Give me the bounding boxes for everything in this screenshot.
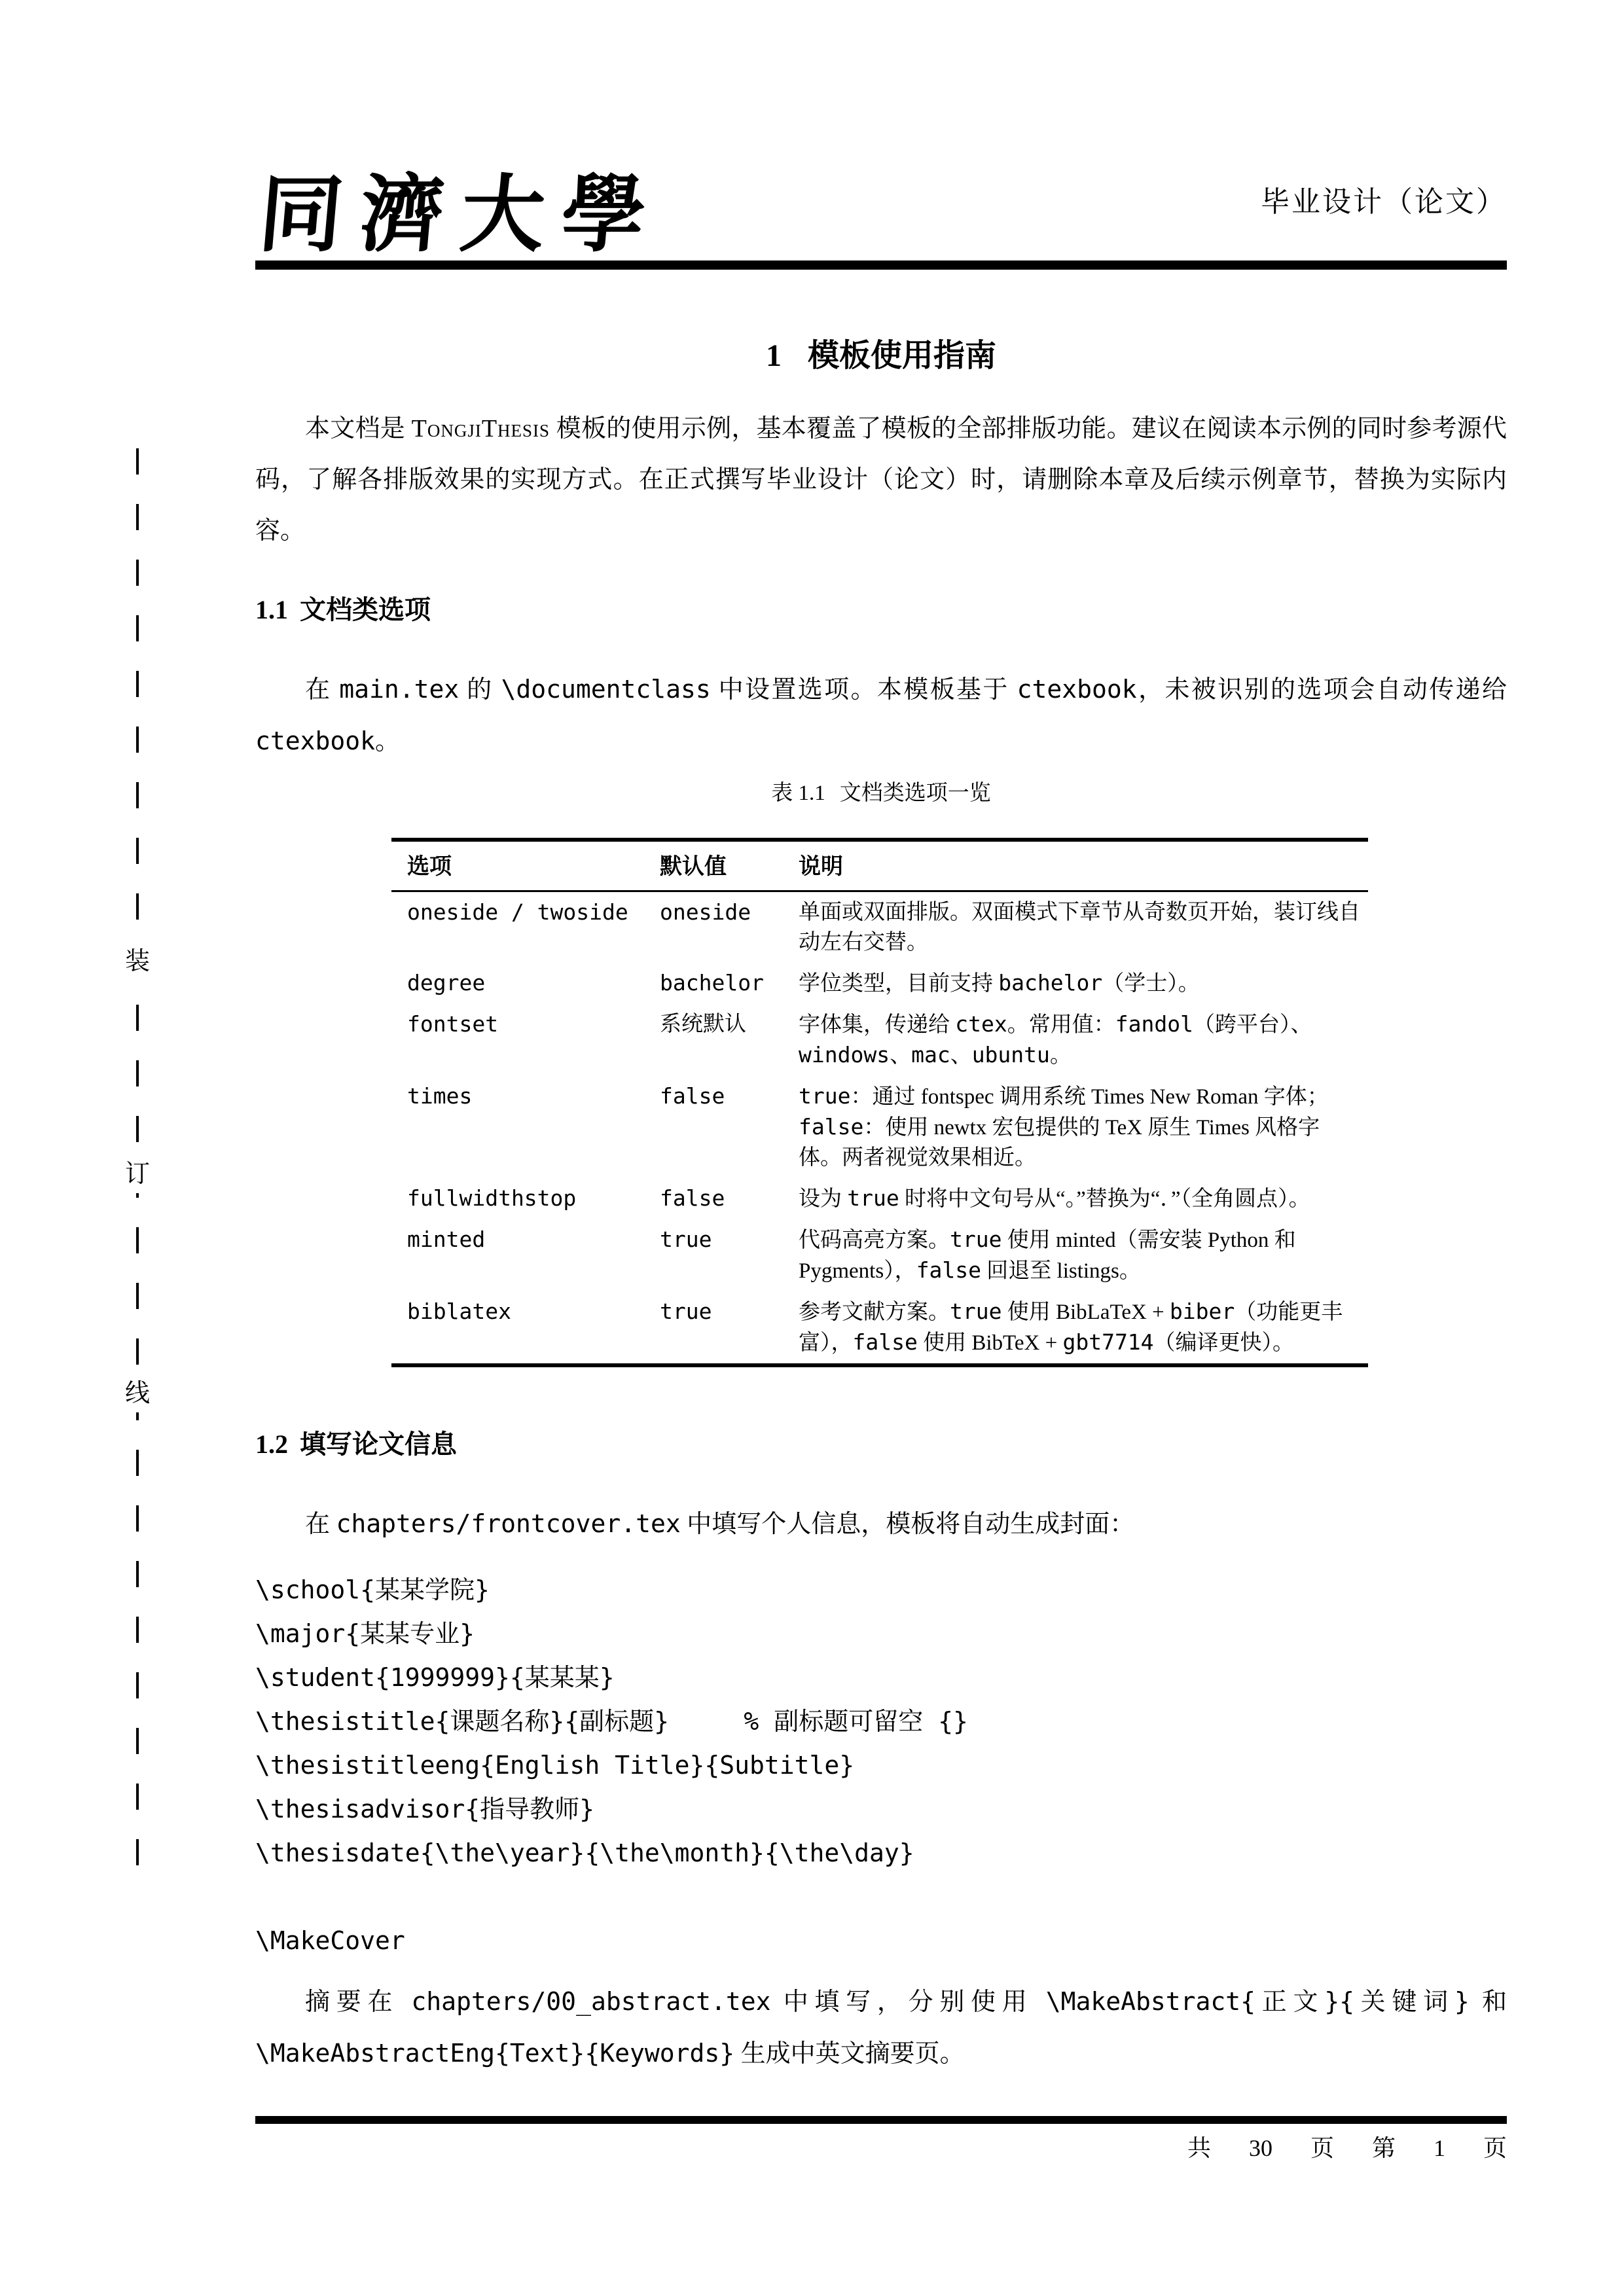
text-segment: 在 [305, 1511, 336, 1538]
inline-code: chapters/00_abstract.tex [411, 1987, 770, 2016]
text-segment: 生成中英文摘要页。 [734, 2040, 965, 2068]
inline-code: ctexbook [255, 726, 375, 755]
default-cell: false [640, 1178, 779, 1219]
inline-code: false [853, 1329, 918, 1355]
inline-code: false [916, 1257, 981, 1283]
text-segment: 中填写个人信息，模板将自动生成封面： [681, 1511, 1135, 1538]
text-segment: 和 [1470, 1988, 1507, 2016]
default-cell: false [640, 1076, 779, 1178]
inline-code: windows [799, 1042, 890, 1067]
binding-char-zhuang: 装 [124, 942, 151, 980]
text-segment: ，未被识别的选项会自动传递给 [1137, 676, 1507, 704]
footer-page-unit: 页 [1310, 2132, 1334, 2164]
inline-code: chapters/frontcover.tex [336, 1509, 681, 1538]
table-row: mintedtrue代码高亮方案。true 使用 minted（需安装 Pyth… [391, 1219, 1368, 1291]
inline-code: bachelor [998, 970, 1102, 996]
col-header-option: 选项 [391, 840, 640, 891]
text-segment: 的 [459, 676, 501, 704]
footer-ordinal-label: 第 [1372, 2132, 1396, 2164]
text-segment: （编译更快）。 [1154, 1331, 1295, 1355]
options-table: 选项 默认值 说明 oneside / twosideoneside单面或双面排… [391, 838, 1368, 1367]
option-cell: fullwidthstop [391, 1178, 640, 1219]
paragraph-docclass: 在 main.tex 的 \documentclass 中设置选项。本模板基于 … [255, 664, 1507, 767]
footer-total-label: 共 [1187, 2132, 1211, 2164]
section-title: 填写论文信息 [300, 1430, 457, 1459]
text-segment: 单面或双面排版。双面模式下章节从奇数页开始，装订线自动左右交替。 [799, 901, 1360, 954]
inline-code: oneside [660, 899, 751, 925]
inline-code: true [847, 1185, 899, 1211]
header-rule [255, 260, 1507, 270]
table-row: degreebachelor学位类型，目前支持 bachelor（学士）。 [391, 963, 1368, 1004]
description-cell: 代码高亮方案。true 使用 minted（需安装 Python 和 Pygme… [779, 1219, 1368, 1291]
text-segment: 。常用值： [1007, 1013, 1115, 1037]
section-heading-1-2: 1.2填写论文信息 [255, 1427, 1507, 1462]
text-segment: 在 [305, 676, 339, 704]
inline-code: true [950, 1227, 1001, 1252]
code-line: \thesisdate{\the\year}{\the\month}{\the\… [255, 1831, 1507, 1875]
table-row: fontset系统默认字体集，传递给 ctex。常用值：fandol（跨平台）、… [391, 1004, 1368, 1076]
table-header-row: 选项 默认值 说明 [391, 840, 1368, 891]
code-line: \school{某某学院} [255, 1568, 1507, 1612]
inline-code: true [660, 1227, 712, 1252]
footer-rule [255, 2116, 1507, 2124]
text-segment: 、 [890, 1044, 911, 1067]
text-segment: 本文档是 [305, 415, 412, 442]
inline-code: false [799, 1114, 863, 1139]
inline-code: false [660, 1185, 725, 1211]
binding-char-ding: 订 [124, 1155, 151, 1193]
option-cell: biblatex [391, 1291, 640, 1365]
default-cell: true [640, 1219, 779, 1291]
text-segment: ：使用 newtx 宏包提供的 TeX 原生 Times 风格字体。两者视觉效果… [799, 1116, 1320, 1170]
code-line [255, 1875, 1507, 1919]
inline-code: fandol [1115, 1011, 1193, 1037]
text-segment: 字体集，传递给 [799, 1013, 955, 1037]
text-segment: 设为 [799, 1187, 847, 1211]
default-cell: 系统默认 [640, 1004, 779, 1076]
option-cell: fontset [391, 1004, 640, 1076]
section-title: 文档类选项 [300, 596, 431, 624]
table-caption: 表 1.1文档类选项一览 [255, 779, 1507, 808]
inline-code: bachelor [660, 970, 764, 996]
col-header-description: 说明 [779, 840, 1368, 891]
text-segment: 使用 BibTeX + [918, 1331, 1063, 1355]
page-footer: 共 30 页 第 1 页 [1187, 2132, 1507, 2164]
text-segment: （学士）。 [1102, 972, 1200, 996]
description-cell: true：通过 fontspec 调用系统 Times New Roman 字体… [779, 1076, 1368, 1178]
description-cell: 参考文献方案。true 使用 BibLaTeX + biber（功能更丰富），f… [779, 1291, 1368, 1365]
inline-code: ctex [955, 1011, 1007, 1037]
table-row: biblatextrue参考文献方案。true 使用 BibLaTeX + bi… [391, 1291, 1368, 1365]
text-segment: 使用 BibLaTeX + [1001, 1300, 1169, 1324]
text-segment: 、 [950, 1044, 972, 1067]
inline-code: ubuntu [972, 1042, 1050, 1067]
default-cell: true [640, 1291, 779, 1365]
page-content: 同濟大學 毕业设计（论文） 1模板使用指南 本文档是 TongjiThesis … [255, 0, 1507, 2079]
text-segment: 。 [375, 728, 400, 755]
col-header-default: 默认值 [640, 840, 779, 891]
code-line: \MakeCover [255, 1919, 1507, 1963]
footer-page-unit-2: 页 [1483, 2132, 1507, 2164]
text-segment: 摘要在 [305, 1988, 411, 2016]
header-doc-type: 毕业设计（论文） [1261, 178, 1507, 220]
inline-code: true [950, 1299, 1001, 1324]
code-line: \thesistitleeng{English Title}{Subtitle} [255, 1744, 1507, 1787]
text-segment: 中填写，分别使用 [770, 1988, 1045, 2016]
option-cell: degree [391, 963, 640, 1004]
chapter-number: 1 [766, 338, 782, 373]
text-segment: 。 [1050, 1044, 1072, 1067]
table-caption-text: 文档类选项一览 [840, 781, 991, 805]
inline-code: gbt7714 [1062, 1329, 1153, 1355]
text-segment: 代码高亮方案。 [799, 1229, 950, 1252]
chapter-title: 1模板使用指南 [255, 335, 1507, 377]
code-line: \student{1999999}{某某某} [255, 1656, 1507, 1700]
inline-code: \MakeAbstractEng{Text}{Keywords} [255, 2039, 734, 2068]
paragraph-frontcover: 在 chapters/frontcover.tex 中填写个人信息，模板将自动生… [255, 1498, 1507, 1550]
text-segment: （跨平台）、 [1193, 1013, 1312, 1037]
binding-char-xian: 线 [124, 1374, 151, 1412]
code-line: \thesisadvisor{指导教师} [255, 1787, 1507, 1831]
inline-code: \documentclass [501, 675, 710, 704]
section-number: 1.1 [255, 595, 288, 624]
text-segment: TongjiThesis [412, 415, 550, 442]
default-cell: bachelor [640, 963, 779, 1004]
code-block: \school{某某学院}\major{某某专业}\student{199999… [255, 1568, 1507, 1963]
inline-code: true [799, 1083, 850, 1109]
text-segment: 学位类型，目前支持 [799, 972, 998, 996]
section-number: 1.2 [255, 1429, 288, 1459]
inline-code: biber [1170, 1299, 1235, 1324]
description-cell: 设为 true 时将中文句号从“。”替换为“．”（全角圆点）。 [779, 1178, 1368, 1219]
option-cell: minted [391, 1219, 640, 1291]
description-cell: 学位类型，目前支持 bachelor（学士）。 [779, 963, 1368, 1004]
inline-code: \MakeAbstract{正文}{关键词} [1046, 1987, 1470, 2016]
footer-page-number: 1 [1434, 2132, 1445, 2164]
chapter-title-text: 模板使用指南 [808, 338, 996, 373]
inline-code: ctexbook [1017, 675, 1137, 704]
paragraph-abstract: 摘要在 chapters/00_abstract.tex 中填写，分别使用 \M… [255, 1976, 1507, 2079]
code-line: \thesistitle{课题名称}{副标题} % 副标题可留空 {} [255, 1700, 1507, 1744]
text-segment: 参考文献方案。 [799, 1300, 950, 1324]
inline-code: main.tex [339, 675, 459, 704]
table-row: oneside / twosideoneside单面或双面排版。双面模式下章节从… [391, 891, 1368, 963]
document-page: 装 订 线 同濟大學 毕业设计（论文） 1模板使用指南 本文档是 TongjiT… [0, 0, 1624, 2296]
inline-code: mac [911, 1042, 950, 1067]
text-segment: 中设置选项。本模板基于 [711, 676, 1017, 704]
paragraph-intro: 本文档是 TongjiThesis 模板的使用示例，基本覆盖了模板的全部排版功能… [255, 403, 1507, 556]
description-cell: 字体集，传递给 ctex。常用值：fandol（跨平台）、windows、mac… [779, 1004, 1368, 1076]
table-caption-label: 表 1.1 [771, 781, 825, 805]
table-row: fullwidthstopfalse设为 true 时将中文句号从“。”替换为“… [391, 1178, 1368, 1219]
text-segment: 回退至 listings。 [981, 1259, 1141, 1283]
text-segment: 系统默认 [660, 1013, 746, 1036]
inline-code: false [660, 1083, 725, 1109]
default-cell: oneside [640, 891, 779, 963]
inline-code: true [660, 1299, 712, 1324]
option-cell: times [391, 1076, 640, 1178]
option-cell: oneside / twoside [391, 891, 640, 963]
text-segment: 时将中文句号从“。”替换为“．”（全角圆点）。 [899, 1187, 1310, 1211]
footer-total-pages: 30 [1249, 2132, 1272, 2164]
page-header: 同濟大學 毕业设计（论文） [255, 0, 1507, 270]
tongji-logo: 同濟大學 [255, 173, 666, 257]
description-cell: 单面或双面排版。双面模式下章节从奇数页开始，装订线自动左右交替。 [779, 891, 1368, 963]
section-heading-1-1: 1.1文档类选项 [255, 593, 1507, 627]
table-row: timesfalsetrue：通过 fontspec 调用系统 Times Ne… [391, 1076, 1368, 1178]
code-line: \major{某某专业} [255, 1612, 1507, 1656]
text-segment: ：通过 fontspec 调用系统 Times New Roman 字体； [850, 1085, 1328, 1109]
